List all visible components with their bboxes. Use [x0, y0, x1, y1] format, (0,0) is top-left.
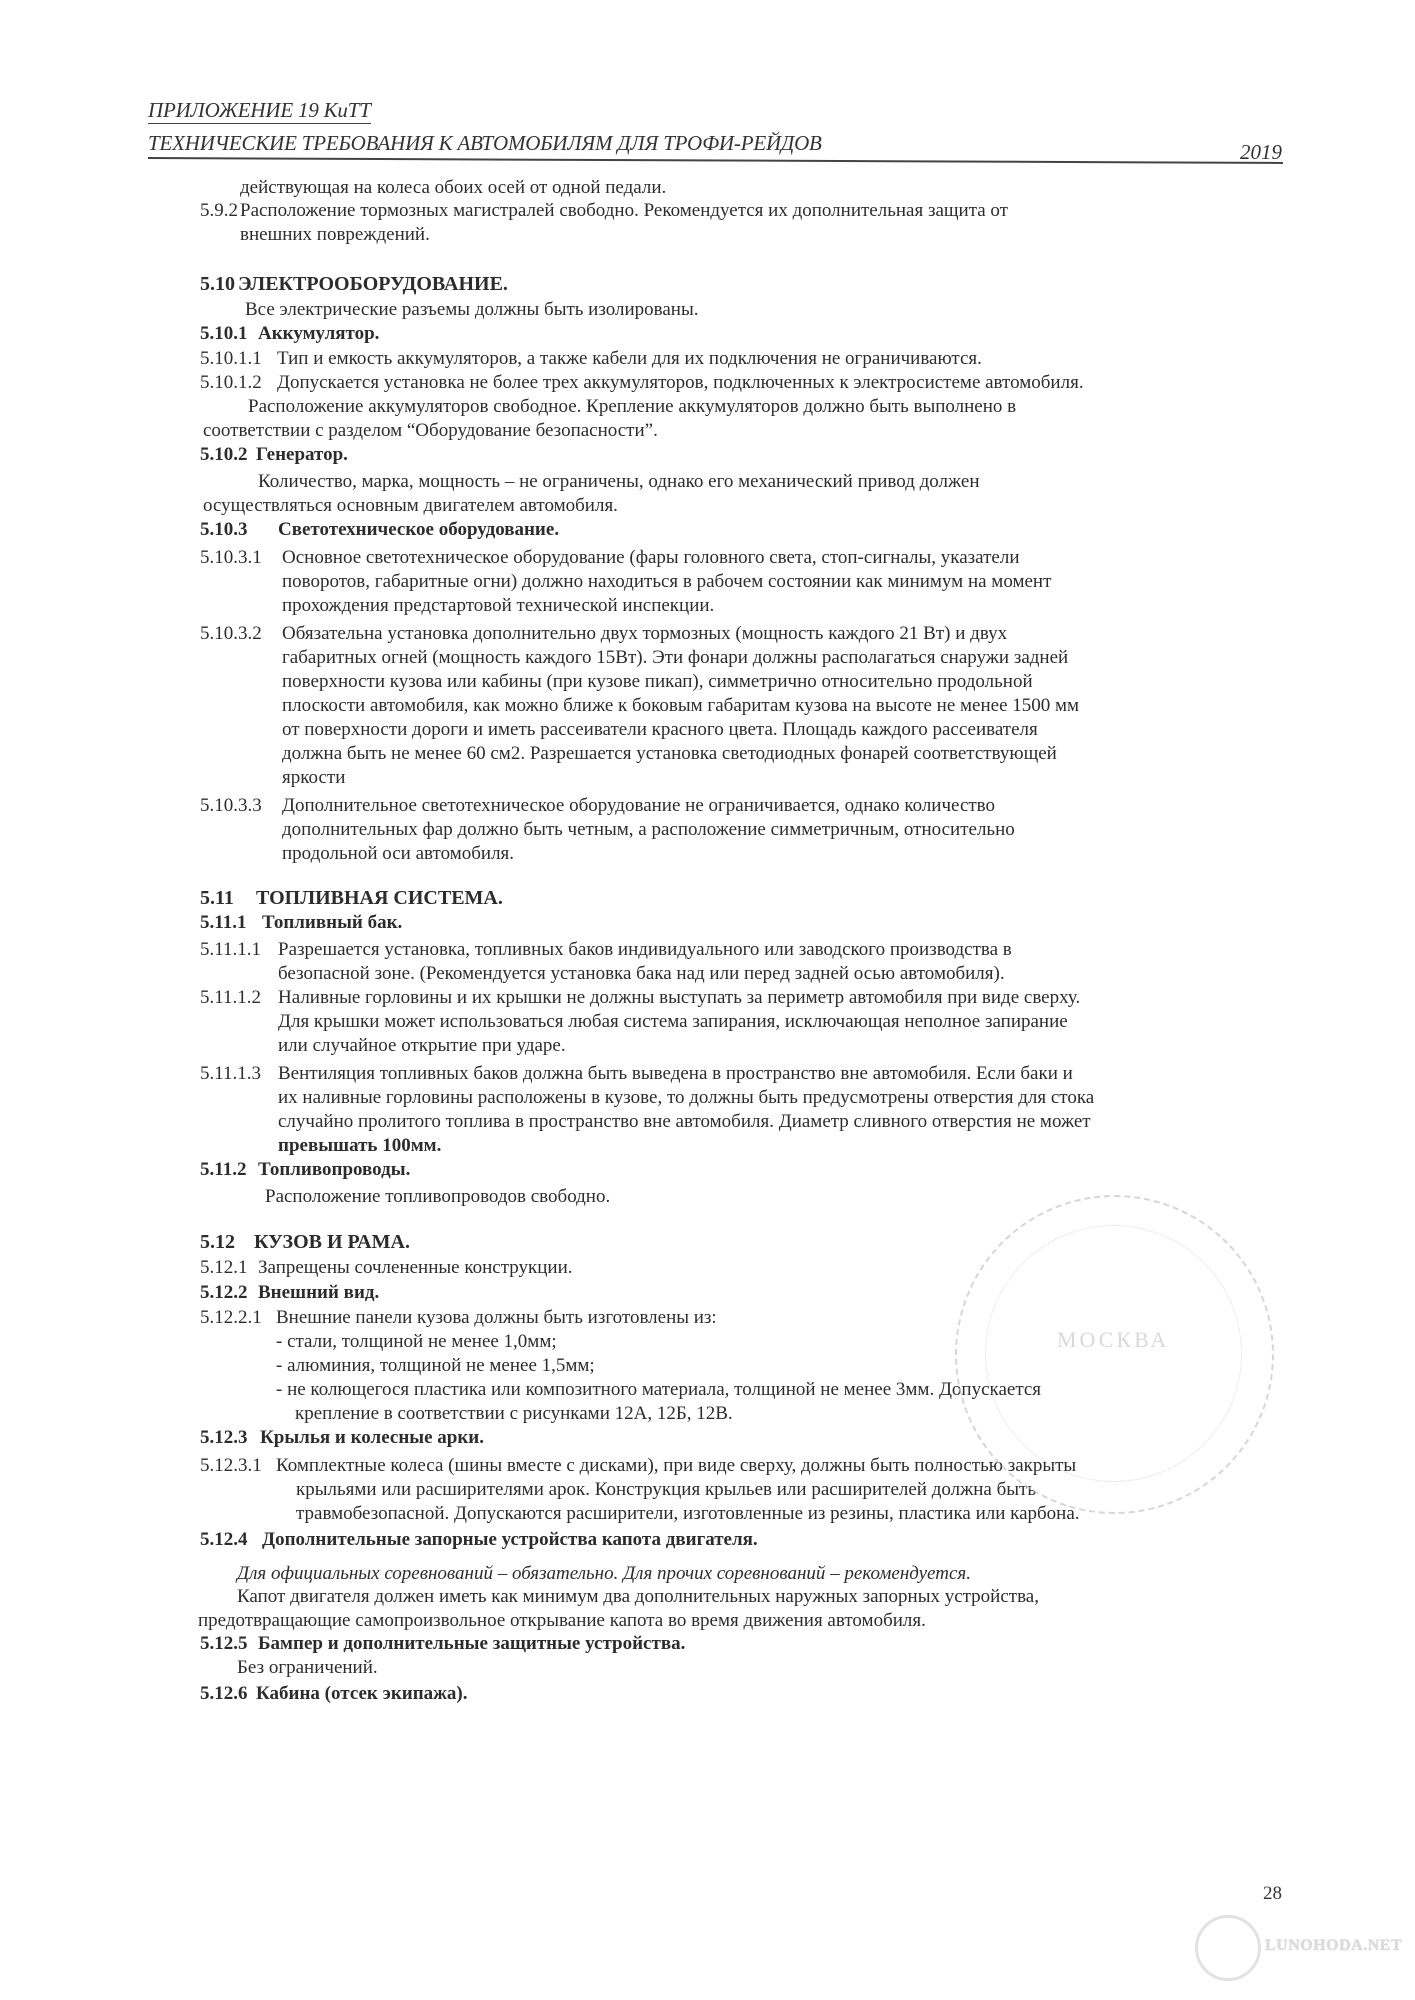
section-number: 5.9.2: [200, 199, 238, 223]
section-number: 5.11.1.1: [200, 938, 261, 962]
paragraph-line: дополнительных фар должно быть четным, а…: [282, 818, 1015, 842]
section-number: 5.11.2: [200, 1158, 246, 1182]
paragraph-line: Расположение тормозных магистралей свобо…: [240, 199, 1008, 223]
section-number: 5.10.3.3: [200, 794, 262, 818]
paragraph-line: Для крышки может использоваться любая си…: [278, 1010, 1068, 1034]
section-number: 5.12.2: [200, 1281, 248, 1305]
paragraph-line: Наливные горловины и их крышки не должны…: [278, 986, 1080, 1010]
paragraph-line: крепление в соответствии с рисунками 12А…: [295, 1402, 733, 1426]
section-number: 5.11.1.2: [200, 986, 261, 1010]
watermark-text: LUNOHODA.NET: [1265, 1937, 1402, 1955]
section-heading: Аккумулятор.: [258, 322, 379, 346]
section-heading: Крылья и колесные арки.: [260, 1426, 484, 1450]
paragraph-line: от поверхности дороги и иметь рассеивате…: [282, 718, 1038, 742]
paragraph-line: случайно пролитого топлива в пространств…: [278, 1110, 1091, 1134]
section-number: 5.10.2: [200, 443, 248, 467]
paragraph-line: Все электрические разъемы должны быть из…: [245, 298, 698, 322]
paragraph-line: поворотов, габаритные огни) должно наход…: [282, 570, 1051, 594]
paragraph-line: Расположение топливопроводов свободно.: [265, 1185, 610, 1209]
section-heading: ТОПЛИВНАЯ СИСТЕМА.: [256, 886, 503, 910]
paragraph-line: их наливные горловины расположены в кузо…: [278, 1086, 1094, 1110]
paragraph-line: травмобезопасной. Допускаются расширител…: [296, 1502, 1080, 1526]
paragraph-line: плоскости автомобиля, как можно ближе к …: [282, 694, 1079, 718]
section-number: 5.12.3.1: [200, 1454, 262, 1478]
section-number: 5.12.2.1: [200, 1306, 262, 1330]
paragraph-line: Комплектные колеса (шины вместе с дискам…: [276, 1454, 1076, 1478]
paragraph-line: внешних повреждений.: [240, 223, 430, 247]
section-number: 5.11: [200, 886, 234, 910]
section-heading: Топливопроводы.: [258, 1158, 410, 1182]
section-heading: Внешний вид.: [258, 1281, 379, 1305]
header-year: 2019: [1240, 140, 1282, 165]
header-document-title: ТЕХНИЧЕСКИЕ ТРЕБОВАНИЯ К АВТОМОБИЛЯМ ДЛЯ…: [148, 131, 822, 156]
paragraph-line: действующая на колеса обоих осей от одно…: [240, 176, 666, 200]
paragraph-line: Тип и емкость аккумуляторов, а также каб…: [277, 347, 982, 371]
paragraph-line: Без ограничений.: [237, 1656, 378, 1680]
section-number: 5.11.1: [200, 911, 246, 935]
paragraph-line: крыльями или расширителями арок. Констру…: [296, 1478, 1036, 1502]
paragraph-line: габаритных огней (мощность каждого 15Вт)…: [282, 646, 1068, 670]
page-number: 28: [1263, 1883, 1282, 1905]
paragraph-line: превышать 100мм.: [278, 1134, 441, 1158]
paragraph-line: Вентиляция топливных баков должна быть в…: [278, 1062, 1073, 1086]
section-heading: Кабина (отсек экипажа).: [256, 1682, 468, 1706]
section-number: 5.11.1.3: [200, 1062, 261, 1086]
section-heading: Светотехническое оборудование.: [278, 518, 559, 542]
section-number: 5.12.1: [200, 1256, 248, 1280]
section-heading: ЭЛЕКТРООБОРУДОВАНИЕ.: [238, 272, 508, 296]
stamp-text: МОСКВА: [1057, 1327, 1169, 1353]
paragraph-line: - алюминия, толщиной не менее 1,5мм;: [276, 1354, 595, 1378]
official-stamp: МОСКВА: [955, 1195, 1274, 1514]
section-number: 5.12: [200, 1230, 235, 1254]
paragraph-line: - не колющегося пластика или композитног…: [276, 1378, 1041, 1402]
paragraph-line: Капот двигателя должен иметь как минимум…: [237, 1585, 1039, 1609]
section-number: 5.12.5: [200, 1632, 248, 1656]
section-heading: Бампер и дополнительные защитные устройс…: [258, 1632, 685, 1656]
section-number: 5.12.3: [200, 1426, 248, 1450]
section-number: 5.10.3.1: [200, 546, 262, 570]
paragraph-line: Обязательна установка дополнительно двух…: [282, 622, 1007, 646]
section-number: 5.10.3: [200, 518, 248, 542]
paragraph-line: предотвращающие самопроизвольное открыва…: [198, 1609, 926, 1633]
paragraph-line: Количество, марка, мощность – не огранич…: [258, 470, 980, 494]
paragraph-line: безопасной зоне. (Рекомендуется установк…: [278, 962, 1005, 986]
paragraph-line: Запрещены сочлененные конструкции.: [258, 1256, 572, 1280]
paragraph-line: Основное светотехническое оборудование (…: [282, 546, 1020, 570]
section-number: 5.12.6: [200, 1682, 248, 1706]
paragraph-line: соответствии с разделом “Оборудование бе…: [203, 419, 658, 443]
paragraph-line: Расположение аккумуляторов свободное. Кр…: [248, 395, 1016, 419]
section-number: 5.10.1: [200, 322, 248, 346]
watermark-logo-icon: [1195, 1915, 1261, 1981]
section-number: 5.10: [200, 272, 235, 296]
section-heading: КУЗОВ И РАМА.: [254, 1230, 410, 1254]
paragraph-line: должна быть не менее 60 см2. Разрешается…: [282, 742, 1057, 766]
paragraph-line: поверхности кузова или кабины (при кузов…: [282, 670, 1033, 694]
paragraph-line: Дополнительное светотехническое оборудов…: [282, 794, 995, 818]
section-heading: Топливный бак.: [262, 911, 402, 935]
section-number: 5.10.1.1: [200, 347, 262, 371]
header-rule: [148, 157, 1283, 164]
section-heading: Генератор.: [256, 443, 348, 467]
section-heading: Дополнительные запорные устройства капот…: [262, 1528, 758, 1552]
header-appendix-title: ПРИЛОЖЕНИЕ 19 КиТТ: [148, 98, 371, 123]
section-number: 5.12.4: [200, 1528, 248, 1552]
paragraph-line: Для официальных соревнований – обязатель…: [237, 1562, 971, 1586]
paragraph-line: яркости: [282, 766, 345, 790]
section-number: 5.10.3.2: [200, 622, 262, 646]
paragraph-line: прохождения предстартовой технической ин…: [282, 594, 714, 618]
paragraph-line: осуществляться основным двигателем автом…: [203, 494, 618, 518]
paragraph-line: - стали, толщиной не менее 1,0мм;: [276, 1330, 557, 1354]
section-number: 5.10.1.2: [200, 371, 262, 395]
paragraph-line: Внешние панели кузова должны быть изгото…: [276, 1306, 717, 1330]
paragraph-line: продольной оси автомобиля.: [282, 842, 514, 866]
paragraph-line: или случайное открытие при ударе.: [278, 1034, 566, 1058]
paragraph-line: Допускается установка не более трех акку…: [277, 371, 1084, 395]
paragraph-line: Разрешается установка, топливных баков и…: [278, 938, 1012, 962]
